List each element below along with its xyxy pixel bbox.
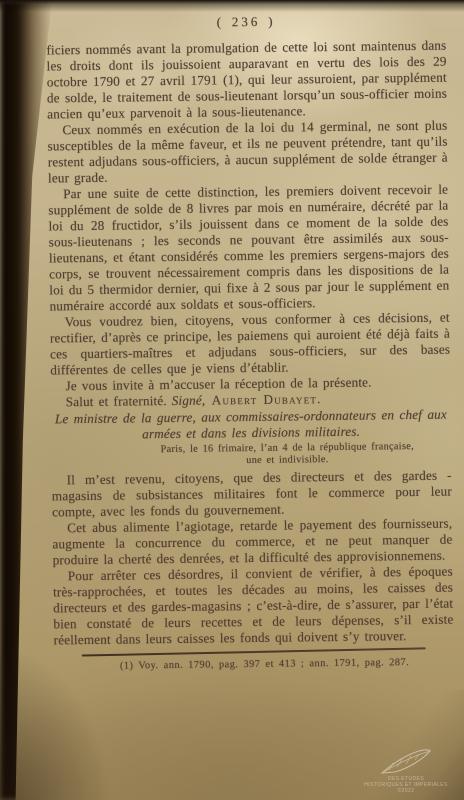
paragraph-2: Ceux nommés en exécution de la loi du 14…: [47, 118, 448, 187]
dateline: Paris, le 16 frimaire, l’an 4 de la répu…: [123, 441, 451, 469]
watermark-line-1: DES ETUDES: [350, 776, 462, 782]
paragraph-8: Pour arrêter ces désordres, il convient …: [53, 564, 454, 649]
book-gutter-shadow: [0, 0, 52, 800]
watermark: DES ETUDES HISTORIQUES ET IMPERIALES ©20…: [350, 749, 462, 794]
paragraph-3: Par une suite de cette distinction, les …: [48, 182, 450, 315]
paragraph-1: ficiers nommés avant la promulgation de …: [46, 38, 447, 123]
page-corner-shade: [324, 690, 464, 800]
signer-name: , Aubert Dubayet.: [202, 391, 322, 407]
paragraph-6: Il m’est revenu, citoyens, que des direc…: [52, 468, 453, 521]
watermark-line-2: HISTORIQUES ET IMPERIALES: [350, 782, 462, 788]
page-content: ( 236 ) ficiers nommés avant la promulga…: [46, 10, 454, 676]
quill-feather-icon: [379, 749, 433, 775]
paragraph-7: Cet abus alimente l’agiotage, retarde le…: [52, 516, 453, 569]
page-number: ( 236 ): [46, 12, 446, 33]
footnote: (1) Voy. ann. 1790, pag. 397 et 413 ; an…: [120, 655, 454, 675]
salutation-text: Salut et fraternité.: [66, 393, 167, 409]
book-page-photo: ( 236 ) ficiers nommés avant la promulga…: [0, 0, 464, 800]
paragraph-4: Vous voudrez bien, citoyens, vous confor…: [50, 310, 451, 379]
signed-label: Signé: [172, 393, 202, 408]
watermark-line-3: ©2022: [350, 788, 462, 794]
minister-heading: Le ministre de la guerre, aux commissair…: [51, 407, 451, 444]
